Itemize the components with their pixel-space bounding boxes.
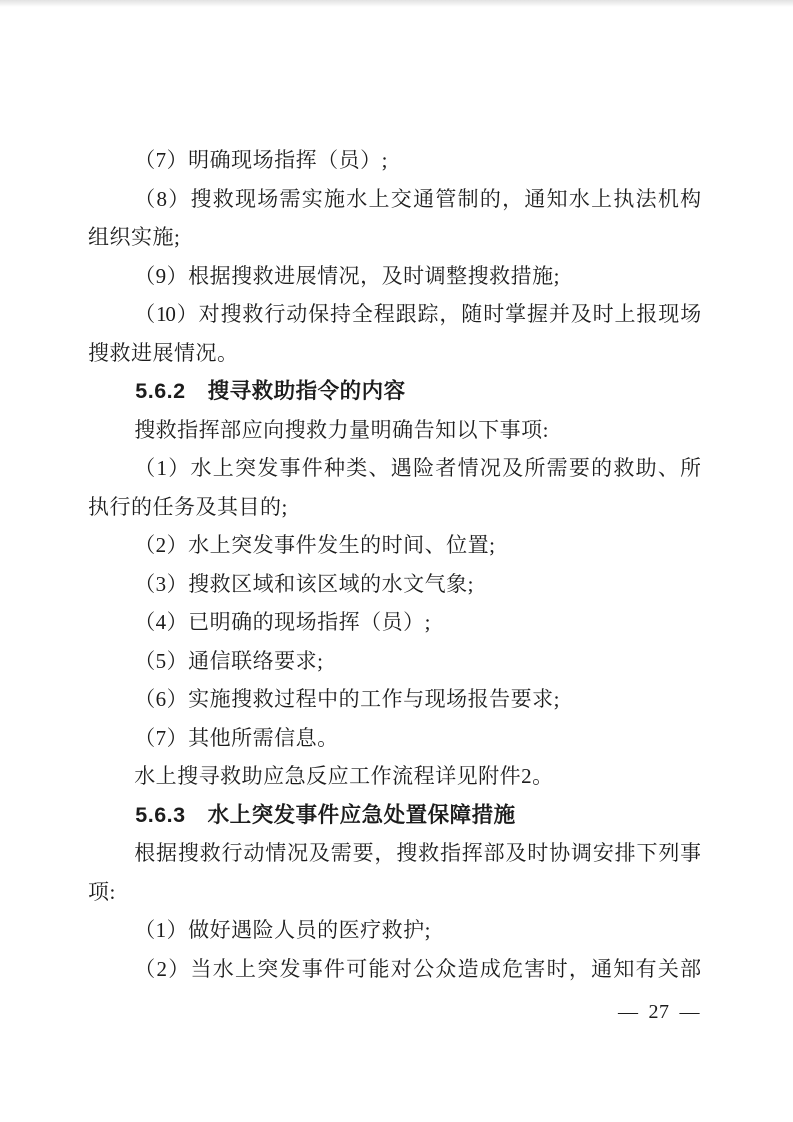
section-heading: 5.6.3 水上突发事件应急处置保障措施 bbox=[88, 796, 700, 835]
document-line: （1）水上突发事件种类、遇险者情况及所需要的救助、所 bbox=[88, 449, 700, 488]
document-line: 根据搜救行动情况及需要，搜救指挥部及时协调安排下列事 bbox=[88, 834, 700, 873]
document-line: （5）通信联络要求; bbox=[88, 642, 700, 681]
document-line: 搜救进展情况。 bbox=[88, 334, 700, 373]
page-number: 27 bbox=[649, 998, 670, 1026]
document-body: （7）明确现场指挥（员）;（8）搜救现场需实施水上交通管制的，通知水上执法机构组… bbox=[88, 141, 700, 988]
document-line: （2）水上突发事件发生的时间、位置; bbox=[88, 526, 700, 565]
scan-artifact-top bbox=[0, 0, 793, 7]
document-line: 搜救指挥部应向搜救力量明确告知以下事项: bbox=[88, 411, 700, 450]
document-line: （7）明确现场指挥（员）; bbox=[88, 141, 700, 180]
document-line: 执行的任务及其目的; bbox=[88, 488, 700, 527]
document-line: （8）搜救现场需实施水上交通管制的，通知水上执法机构 bbox=[88, 180, 700, 219]
document-line: （2）当水上突发事件可能对公众造成危害时，通知有关部 bbox=[88, 950, 700, 989]
document-line: 水上搜寻救助应急反应工作流程详见附件2。 bbox=[88, 757, 700, 796]
document-line: 组织实施; bbox=[88, 218, 700, 257]
document-line: 项: bbox=[88, 873, 700, 912]
document-line: （10）对搜救行动保持全程跟踪，随时掌握并及时上报现场 bbox=[88, 295, 700, 334]
page-footer: —27— bbox=[618, 998, 700, 1026]
document-line: （6）实施搜救过程中的工作与现场报告要求; bbox=[88, 680, 700, 719]
document-line: （1）做好遇险人员的医疗救护; bbox=[88, 911, 700, 950]
document-line: （4）已明确的现场指挥（员）; bbox=[88, 603, 700, 642]
document-line: （7）其他所需信息。 bbox=[88, 719, 700, 758]
document-line: （9）根据搜救进展情况，及时调整搜救措施; bbox=[88, 257, 700, 296]
document-page: （7）明确现场指挥（员）;（8）搜救现场需实施水上交通管制的，通知水上执法机构组… bbox=[0, 0, 793, 1122]
document-line: （3）搜救区域和该区域的水文气象; bbox=[88, 565, 700, 604]
footer-dash-right: — bbox=[680, 998, 701, 1026]
footer-dash-left: — bbox=[618, 998, 639, 1026]
section-heading: 5.6.2 搜寻救助指令的内容 bbox=[88, 372, 700, 411]
